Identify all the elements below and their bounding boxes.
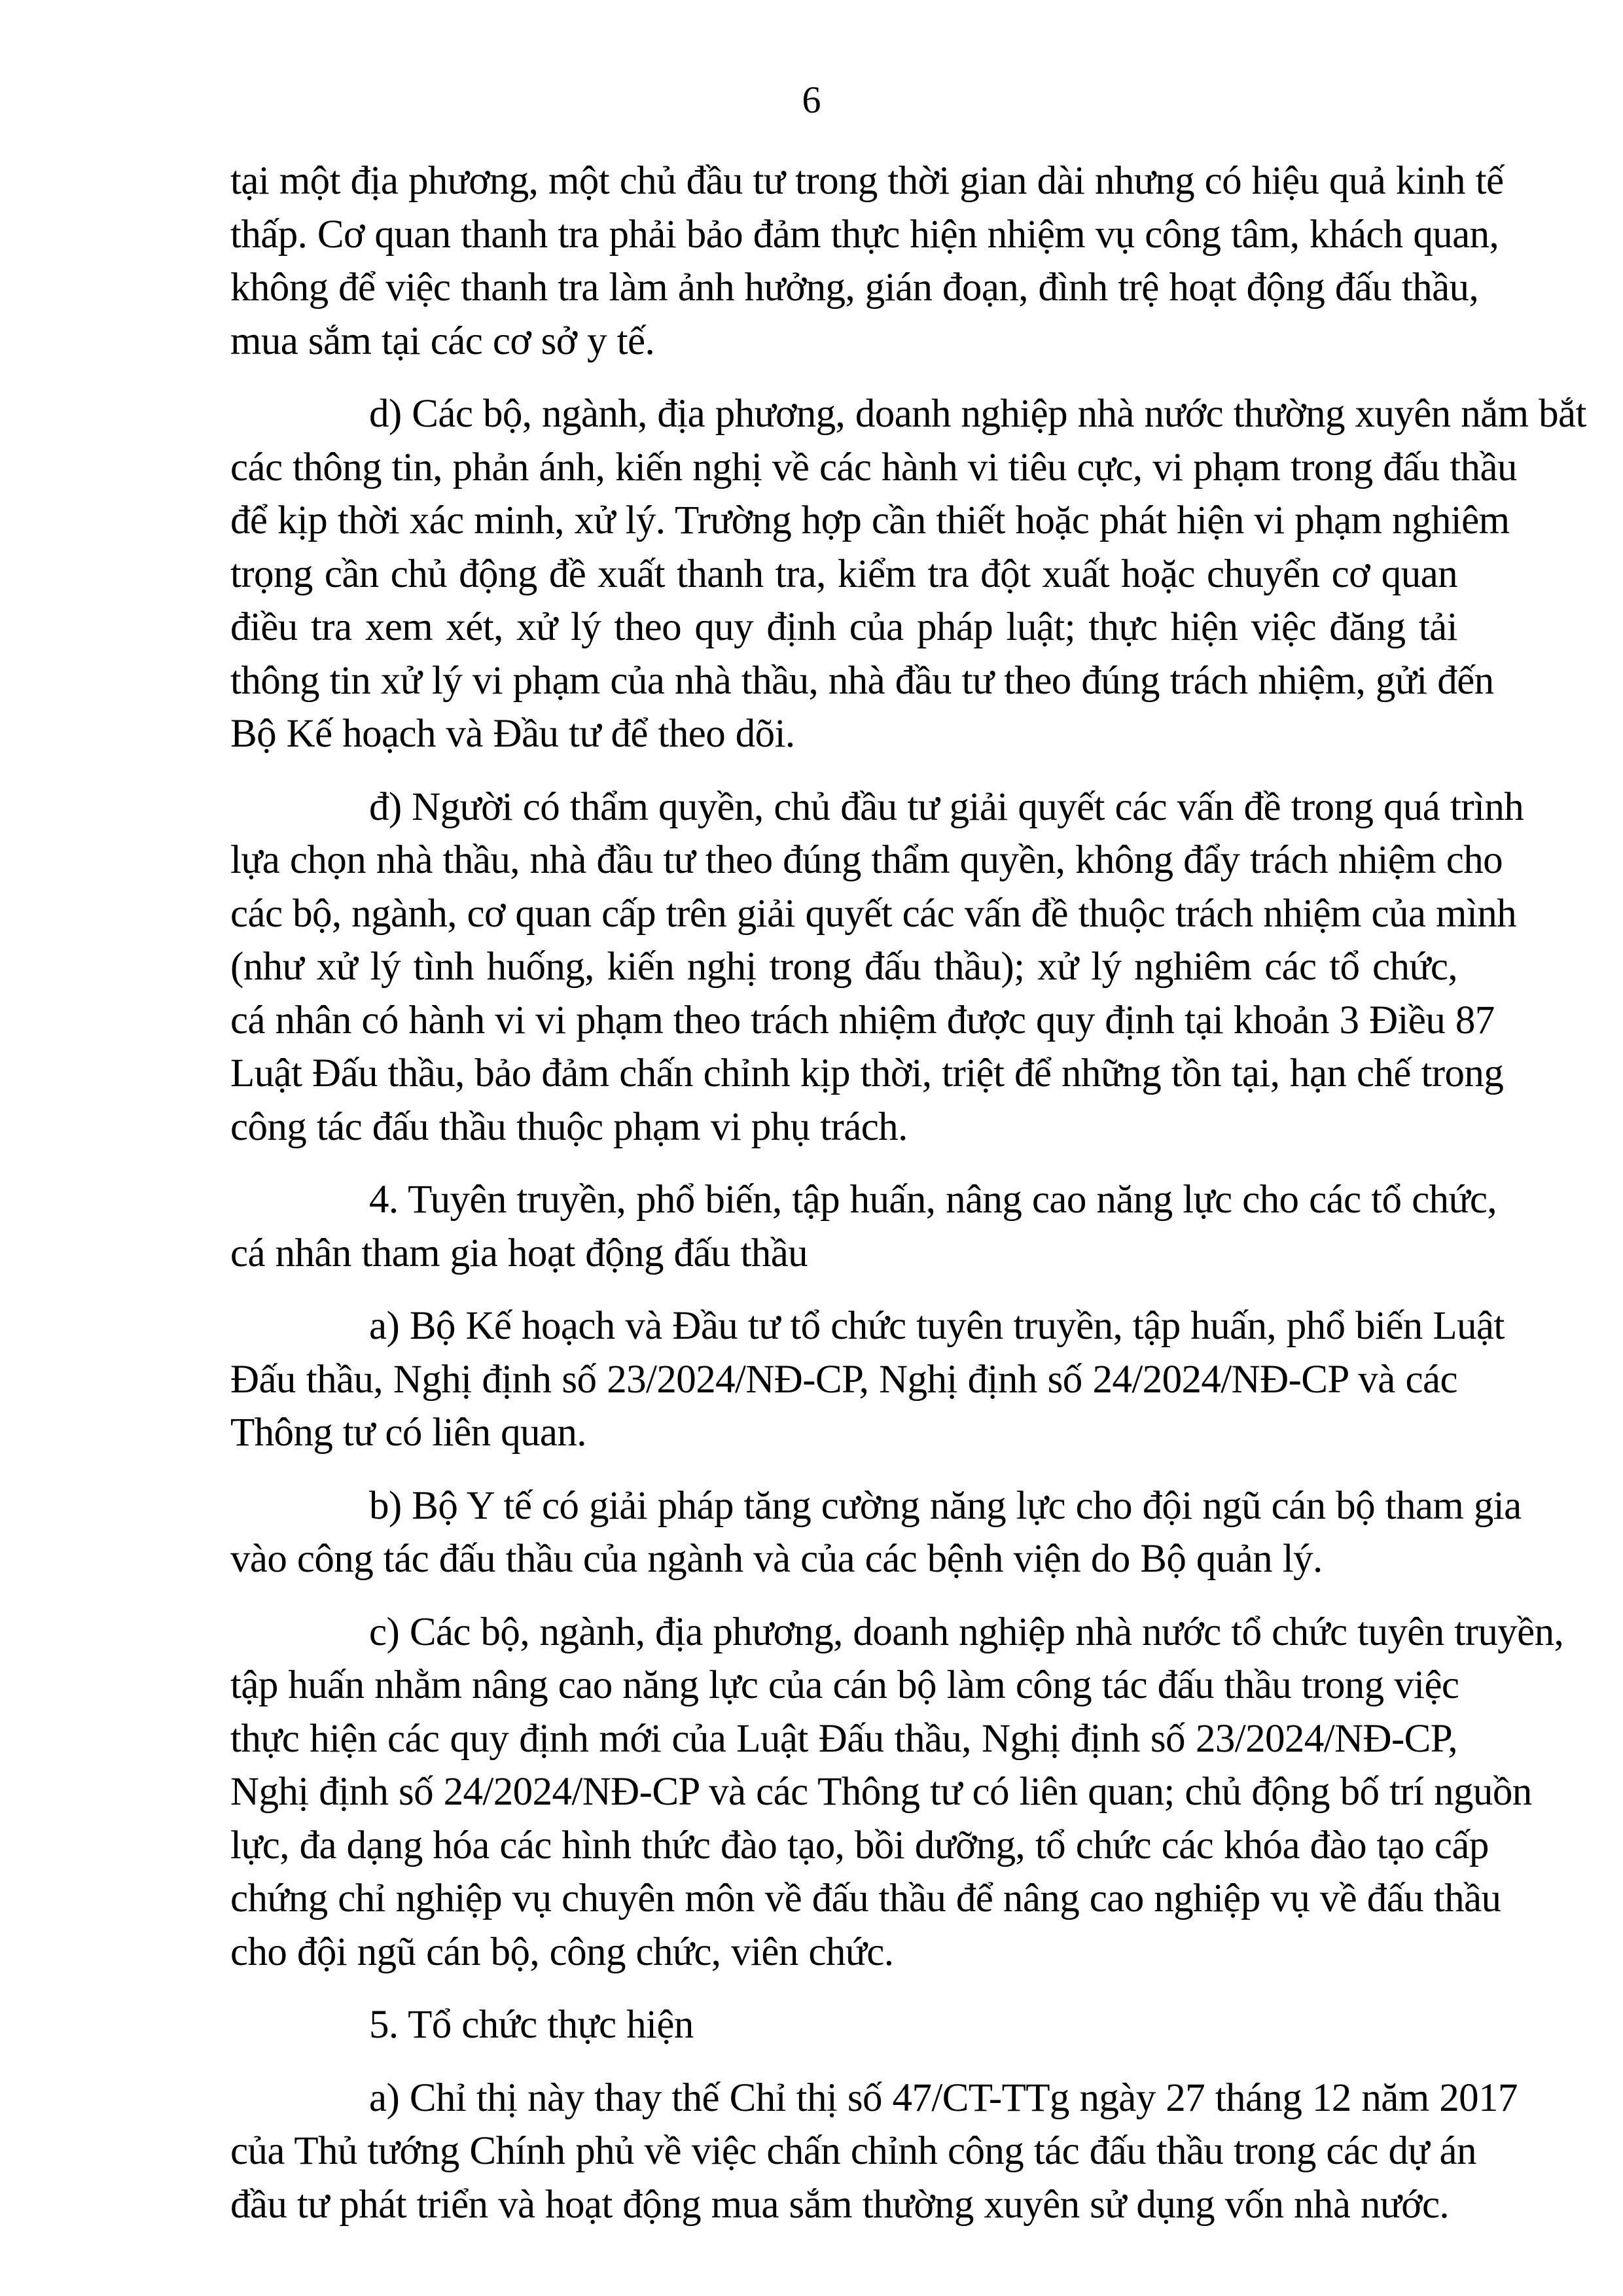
text-line: mua sắm tại các cơ sở y tế. (230, 315, 1457, 368)
text-line: cho đội ngũ cán bộ, công chức, viên chức… (230, 1926, 1457, 1979)
text-line: d) Các bộ, ngành, địa phương, doanh nghi… (230, 387, 1457, 441)
text-line: đ) Người có thẩm quyền, chủ đầu tư giải … (230, 781, 1457, 834)
text-line: cá nhân tham gia hoạt động đấu thầu (230, 1227, 1457, 1280)
text-line: thấp. Cơ quan thanh tra phải bảo đảm thự… (230, 208, 1457, 262)
text-line: để kịp thời xác minh, xử lý. Trường hợp … (230, 494, 1457, 548)
text-line: công tác đấu thầu thuộc phạm vi phụ trác… (230, 1101, 1457, 1154)
paragraph-item-3d: d) Các bộ, ngành, địa phương, doanh nghi… (230, 387, 1457, 761)
page-number: 6 (0, 77, 1623, 123)
text-line: đầu tư phát triển và hoạt động mua sắm t… (230, 2178, 1457, 2232)
text-line: b) Bộ Y tế có giải pháp tăng cường năng … (230, 1479, 1457, 1533)
text-line: 4. Tuyên truyền, phổ biến, tập huấn, nân… (230, 1173, 1457, 1227)
paragraph-item-4c: c) Các bộ, ngành, địa phương, doanh nghi… (230, 1606, 1457, 1979)
text-line: cá nhân có hành vi vi phạm theo trách nh… (230, 994, 1457, 1048)
paragraph-item-4b: b) Bộ Y tế có giải pháp tăng cường năng … (230, 1479, 1457, 1586)
document-body: tại một địa phương, một chủ đầu tư trong… (230, 154, 1457, 2251)
text-line: thực hiện các quy định mới của Luật Đấu … (230, 1712, 1457, 1766)
text-line: a) Bộ Kế hoạch và Đầu tư tổ chức tuyên t… (230, 1299, 1457, 1353)
text-line: lựa chọn nhà thầu, nhà đầu tư theo đúng … (230, 834, 1457, 887)
text-line: thông tin xử lý vi phạm của nhà thầu, nh… (230, 654, 1457, 708)
text-line: lực, đa dạng hóa các hình thức đào tạo, … (230, 1819, 1457, 1873)
text-line: chứng chỉ nghiệp vụ chuyên môn về đấu th… (230, 1872, 1457, 1926)
text-line: của Thủ tướng Chính phủ về việc chấn chỉ… (230, 2125, 1457, 2178)
text-line: a) Chỉ thị này thay thế Chỉ thị số 47/CT… (230, 2072, 1457, 2125)
text-line: không để việc thanh tra làm ảnh hưởng, g… (230, 261, 1457, 315)
paragraph-item-4a: a) Bộ Kế hoạch và Đầu tư tổ chức tuyên t… (230, 1299, 1457, 1460)
text-line: trọng cần chủ động đề xuất thanh tra, ki… (230, 548, 1457, 601)
text-line: các bộ, ngành, cơ quan cấp trên giải quy… (230, 887, 1457, 941)
text-line: Thông tư có liên quan. (230, 1406, 1457, 1460)
text-line: Đấu thầu, Nghị định số 23/2024/NĐ-CP, Ng… (230, 1353, 1457, 1407)
paragraph-continuation: tại một địa phương, một chủ đầu tư trong… (230, 154, 1457, 368)
text-line: vào công tác đấu thầu của ngành và của c… (230, 1532, 1457, 1586)
text-line: tại một địa phương, một chủ đầu tư trong… (230, 154, 1457, 208)
section-4-heading: 4. Tuyên truyền, phổ biến, tập huấn, nân… (230, 1173, 1457, 1280)
text-line: các thông tin, phản ánh, kiến nghị về cá… (230, 441, 1457, 495)
text-line: (như xử lý tình huống, kiến nghị trong đ… (230, 940, 1457, 994)
text-line: điều tra xem xét, xử lý theo quy định củ… (230, 601, 1457, 654)
text-line: Luật Đấu thầu, bảo đảm chấn chỉnh kịp th… (230, 1047, 1457, 1101)
text-line: Bộ Kế hoạch và Đầu tư để theo dõi. (230, 707, 1457, 761)
text-line: 5. Tổ chức thực hiện (230, 1998, 1457, 2052)
section-5-heading: 5. Tổ chức thực hiện (230, 1998, 1457, 2052)
text-line: tập huấn nhằm nâng cao năng lực của cán … (230, 1659, 1457, 1712)
text-line: c) Các bộ, ngành, địa phương, doanh nghi… (230, 1606, 1457, 1659)
paragraph-item-5a: a) Chỉ thị này thay thế Chỉ thị số 47/CT… (230, 2072, 1457, 2232)
text-line: Nghị định số 24/2024/NĐ-CP và các Thông … (230, 1765, 1457, 1819)
paragraph-item-3dd: đ) Người có thẩm quyền, chủ đầu tư giải … (230, 781, 1457, 1154)
